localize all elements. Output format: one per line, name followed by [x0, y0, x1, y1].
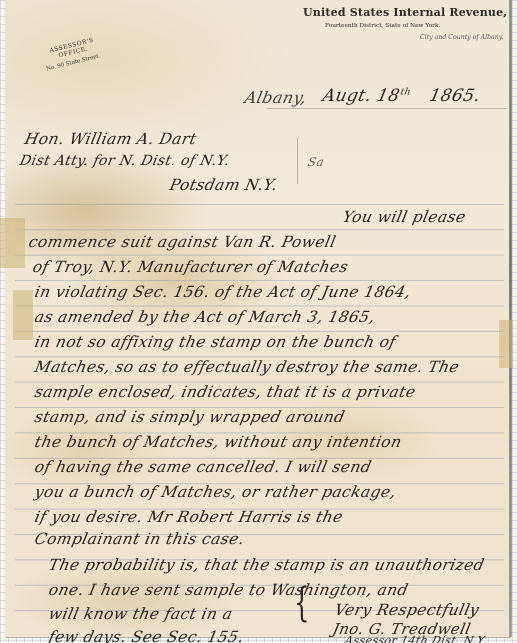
body-line-12: you a bunch of Matches, or rather packag… [33, 483, 398, 501]
body-line-16: one. I have sent sample to Washington, a… [47, 581, 410, 599]
tape-mark-left [0, 218, 25, 268]
closing-brace: { [294, 580, 309, 626]
body-line-7: Matches, so as to effectually destroy th… [33, 358, 461, 376]
letter-paper: ASSESSOR'S OFFICE, No. 90 State Street. … [5, 0, 510, 637]
body-line-13: if you desire. Mr Robert Harris is the [33, 508, 345, 526]
body-line-4: in violating Sec. 156. of the Act of Jun… [33, 283, 413, 301]
body-line-10: the bunch of Matches, without any intent… [33, 433, 403, 451]
body-line-14: Complainant in this case. [33, 530, 246, 548]
tape-mark-left-lower [13, 290, 33, 340]
date-year: 1865. [427, 86, 482, 106]
body-line-15: The probability is, that the stamp is an… [47, 556, 486, 574]
tape-mark-right [499, 320, 513, 368]
paper-edge-shadow [509, 0, 512, 637]
body-line-3: of Troy, N.Y. Manufacturer of Matches [31, 258, 350, 276]
body-line-17: will know the fact in a [47, 605, 234, 623]
signature-title: Assessor 14th Dist. N.Y. [344, 634, 489, 643]
addressee-note: Sa [307, 155, 326, 169]
body-line-1: You will please [341, 208, 467, 226]
letterhead-locality: City and County of Albany. [420, 34, 515, 41]
margin-rule [297, 138, 298, 184]
addressee-line-3: Potsdam N.Y. [168, 176, 279, 194]
body-line-5: as amended by the Act of March 3, 1865, [33, 308, 377, 326]
addressee-line-1: Hon. William A. Dart [23, 130, 198, 148]
letterhead-subtitle: Fourteenth District, State of New York. [325, 23, 515, 29]
body-line-18: few days. See Sec. 155. [47, 628, 246, 643]
body-line-8: sample enclosed, indicates, that it is a… [33, 383, 417, 401]
addressee-line-2: Dist Atty. for N. Dist. of N.Y. [18, 153, 231, 169]
letterhead: United States Internal Revenue, Fourteen… [295, 6, 515, 41]
body-line-6: in not so affixing the stamp on the bunc… [33, 333, 398, 351]
body-line-11: of having the same cancelled. I will sen… [33, 458, 373, 476]
date-main: Augt. 18 [321, 86, 402, 106]
dateline-date: Augt. 18th 1865. [321, 86, 483, 106]
letterhead-title: United States Internal Revenue, [303, 6, 515, 19]
dateline-place: Albany, [243, 88, 309, 107]
dateline-rule [267, 108, 507, 109]
assessor-office-stamp: ASSESSOR'S OFFICE, No. 90 State Street. [37, 40, 107, 68]
date-suffix: th [399, 87, 411, 97]
body-line-2: commence suit against Van R. Powell [27, 233, 338, 251]
body-line-9: stamp, and is simply wrapped around [33, 408, 346, 426]
closing-salutation: Very Respectfully [333, 601, 481, 619]
